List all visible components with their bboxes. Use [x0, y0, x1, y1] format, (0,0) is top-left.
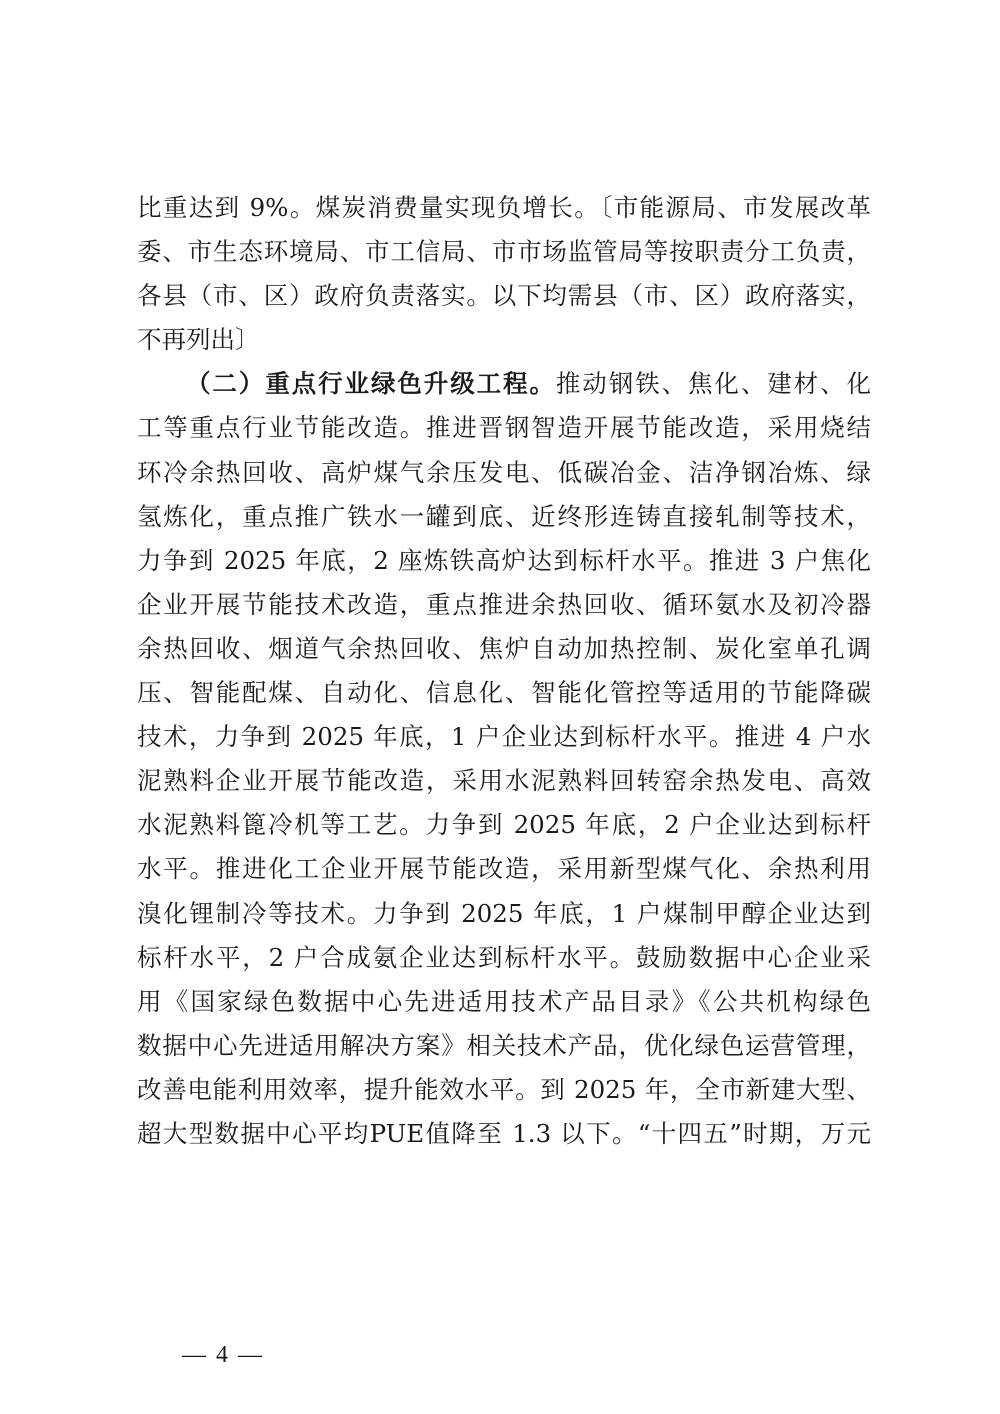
text-line: 氢炼化，重点推广铁水一罐到底、近终形连铸直接轧制等技术，: [137, 495, 871, 539]
page-number: — 4 —: [182, 1342, 264, 1369]
text-line: 溴化锂制冷等技术。力争到 2025 年底，1 户煤制甲醇企业达到: [137, 892, 871, 936]
document-page: 比重达到 9%。煤炭消费量实现负增长。〔市能源局、市发展改革 委、市生态环境局、…: [0, 0, 1000, 1414]
body-text: 比重达到 9%。煤炭消费量实现负增长。〔市能源局、市发展改革 委、市生态环境局、…: [137, 186, 871, 1156]
section-heading: （二）重点行业绿色升级工程。: [186, 369, 556, 398]
text-line: 比重达到 9%。煤炭消费量实现负增长。〔市能源局、市发展改革: [137, 186, 871, 230]
text-line: 水泥熟料篦冷机等工艺。力争到 2025 年底，2 户企业达到标杆: [137, 803, 871, 847]
text-segment: 推动钢铁、焦化、建材、化: [556, 369, 871, 398]
text-line: 不再列出〕: [137, 318, 871, 362]
text-line: 余热回收、烟道气余热回收、焦炉自动加热控制、炭化室单孔调: [137, 627, 871, 671]
text-line: 力争到 2025 年底，2 座炼铁高炉达到标杆水平。推进 3 户焦化: [137, 539, 871, 583]
text-line: 压、智能配煤、自动化、信息化、智能化管控等适用的节能降碳: [137, 671, 871, 715]
text-line: 技术，力争到 2025 年底，1 户企业达到标杆水平。推进 4 户水: [137, 715, 871, 759]
text-line: 改善电能利用效率，提升能效水平。到 2025 年，全市新建大型、: [137, 1068, 871, 1112]
text-line: 委、市生态环境局、市工信局、市市场监管局等按职责分工负责，: [137, 230, 871, 274]
text-line: 环冷余热回收、高炉煤气余压发电、低碳冶金、洁净钢冶炼、绿: [137, 451, 871, 495]
text-line: 各县（市、区）政府负责落实。以下均需县（市、区）政府落实，: [137, 274, 871, 318]
section-heading-line: （二）重点行业绿色升级工程。推动钢铁、焦化、建材、化: [137, 362, 871, 406]
text-line: 超大型数据中心平均PUE值降至 1.3 以下。“十四五”时期，万元: [137, 1112, 871, 1156]
text-line: 用《国家绿色数据中心先进适用技术产品目录》《公共机构绿色: [137, 980, 871, 1024]
text-line: 工等重点行业节能改造。推进晋钢智造开展节能改造，采用烧结: [137, 406, 871, 450]
text-line: 泥熟料企业开展节能改造，采用水泥熟料回转窑余热发电、高效: [137, 759, 871, 803]
text-line: 水平。推进化工企业开展节能改造，采用新型煤气化、余热利用: [137, 847, 871, 891]
text-line: 标杆水平，2 户合成氨企业达到标杆水平。鼓励数据中心企业采: [137, 936, 871, 980]
text-line: 企业开展节能技术改造，重点推进余热回收、循环氨水及初冷器: [137, 583, 871, 627]
text-line: 数据中心先进适用解决方案》相关技术产品，优化绿色运营管理，: [137, 1024, 871, 1068]
